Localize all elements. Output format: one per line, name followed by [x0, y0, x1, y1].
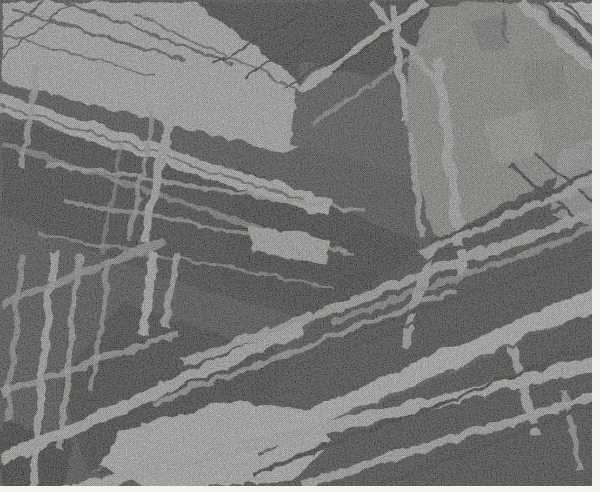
meteorite-etch-photograph — [0, 0, 600, 492]
halftone-dither-overlay — [0, 0, 600, 492]
right-print-margin — [592, 0, 600, 492]
halftone-photo-figure — [0, 0, 600, 492]
bottom-print-margin — [0, 486, 600, 492]
